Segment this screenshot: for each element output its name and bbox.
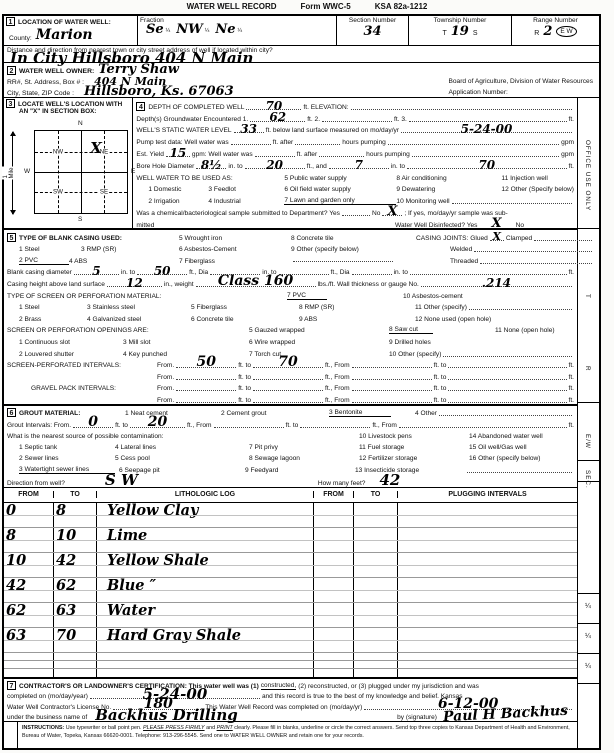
from-label: From.: [157, 374, 174, 381]
compass-n: N: [78, 120, 83, 127]
office-use-only-label: OFFICE USE ONLY: [584, 140, 591, 211]
township-label: Township Number: [411, 17, 509, 24]
contamination-option: 7 Pit privy: [249, 444, 359, 451]
water-well-record-document: WATER WELL RECORDForm WWC-5KSA 82a-1212 …: [0, 0, 614, 753]
opening-option: 9 Drilled holes: [389, 339, 431, 346]
hours-pumping-label: hours pumping: [342, 139, 386, 146]
form-number: Form WWC-5: [301, 2, 351, 11]
perf-to-value: 70: [278, 357, 297, 369]
section1-number: 1: [6, 17, 15, 26]
use-header-line: WELL WATER TO BE USED AS:5 Public water …: [133, 170, 577, 182]
contamination-row4: 3 Watertight sewer lines6 Seepage pit9 F…: [4, 462, 577, 473]
perf-intervals-line2: From.ft. toft., Fromft. toft.: [4, 369, 577, 381]
cell-plug: [398, 553, 577, 577]
cell-empty: [4, 669, 54, 677]
casing-row2: 1 Steel3 RMP (SR)6 Asbestos-Cement9 Othe…: [4, 242, 577, 254]
ft-unit: ft.: [569, 385, 575, 392]
contamination-option: 14 Abandoned water well: [469, 433, 543, 440]
cell-plug: [398, 628, 577, 652]
grout-option: 1 Neat cement: [125, 410, 221, 417]
cell-empty: [54, 661, 97, 668]
dotted-leader: [409, 119, 567, 122]
dotted-leader: [322, 119, 392, 122]
dotted-leader: [253, 400, 323, 403]
cert-line1-rest: (2) reconstructed, or (3) plugged under …: [298, 683, 479, 690]
to-value: 62: [56, 580, 76, 592]
use-row3: 2 Irrigation4 Industrial7 Lawn and garde…: [133, 193, 577, 205]
cell-empty: [354, 669, 398, 677]
cell-empty: [54, 653, 97, 660]
use-option: 8 Air conditioning: [396, 175, 501, 182]
col-plugging: PLUGGING INTERVALS: [398, 491, 577, 498]
section5-casing: 5TYPE OF BLANK CASING USED:5 Wrought iro…: [4, 228, 577, 404]
instructions-text: Use typewriter or ball point pen.: [66, 725, 142, 731]
section3-location-box: 3LOCATE WELL'S LOCATION WITH AN "X" IN S…: [4, 98, 133, 228]
section1-location-row: 1LOCATION OF WATER WELL: County:Marion F…: [4, 16, 599, 46]
cell-pfrom: [314, 603, 354, 627]
screen-option: 3 Stainless steel: [87, 304, 191, 311]
dotted-leader: [342, 213, 370, 216]
dotted-leader: [399, 425, 567, 428]
table-row: 6370Hard Gray Shale: [4, 628, 577, 653]
section7-number: 7: [7, 681, 16, 690]
ft-after-label: ft. after: [297, 151, 318, 158]
township-t: T: [442, 30, 446, 37]
ft-unit: ft.: [569, 163, 575, 170]
to-value: 63: [56, 605, 76, 617]
height-label: Casing height above land surface: [7, 281, 105, 288]
opening-option: 1 Continuous slot: [19, 339, 123, 346]
opening-option: 7 Torch cut: [249, 351, 389, 358]
section1-title: LOCATION OF WATER WELL:: [18, 19, 111, 26]
county-value: Marion: [36, 30, 93, 42]
use-option: 3 Feedlot: [208, 186, 284, 193]
section3-heading2: AN "X" IN SECTION BOX:: [19, 108, 96, 115]
ft-after-label: ft. after: [273, 139, 294, 146]
cell-empty: [398, 669, 577, 677]
grout-option: 4 Other: [415, 410, 437, 417]
to-value: 70: [56, 630, 76, 642]
county-line: County:Marion: [6, 26, 135, 42]
section2-number: 2: [7, 66, 16, 75]
screen-option: 6 Concrete tile: [191, 316, 299, 323]
openings-row2: 1 Continuous slot3 Mill slot6 Wire wrapp…: [4, 334, 577, 346]
use-option: 2 Irrigation: [148, 198, 208, 205]
contamination-option: 12 Fertilizer storage: [359, 455, 469, 462]
cell-empty: [398, 653, 577, 660]
contamination-option: 1 Septic tank: [19, 444, 115, 451]
disinfected-line: mittedWater Well Disinfected? YesXNo: [133, 217, 577, 229]
ft-unit: ft.: [569, 362, 575, 369]
table-row-empty: [4, 669, 577, 677]
joints-threaded-line: Threaded: [416, 258, 594, 265]
contamination-row3: 2 Sewer lines5 Cess pool8 Sewage lagoon1…: [4, 451, 577, 462]
dotted-leader: [176, 400, 236, 403]
contamination-option: 5 Cess pool: [115, 455, 249, 462]
cell-log: Yellow Shale: [97, 553, 314, 577]
casing-option: 3 RMP (SR): [81, 246, 179, 253]
press-firmly-emphasis: PLEASE PRESS FIRMLY: [143, 725, 205, 731]
grout-title: GROUT MATERIAL:: [19, 410, 80, 417]
table-row: 4262Blue ″: [4, 578, 577, 603]
screen-row2: 2 Brass4 Galvanized steel6 Concrete tile…: [4, 311, 577, 323]
from-value: 63: [6, 630, 26, 642]
dotted-leader: [255, 154, 295, 157]
cell-from: 10: [4, 553, 54, 577]
wall-label: lbs./ft. Wall thickness or gauge No.: [318, 281, 419, 288]
gpm-unit: gpm: [561, 139, 574, 146]
depth-blank: 70: [246, 107, 301, 110]
office-t-label: T: [584, 294, 591, 299]
office-strip-divider: [578, 653, 599, 654]
use-option: 10 Monitoring well: [396, 198, 449, 205]
grout-option-selected: 3 Bentonite: [329, 409, 391, 417]
cell-pto: [354, 578, 398, 602]
from-label: From.: [157, 362, 174, 369]
disinfected-x-mark: X: [491, 218, 501, 229]
cell-log: Blue ″: [97, 578, 314, 602]
section1-heading: 1LOCATION OF WATER WELL:: [6, 17, 135, 26]
dotted-leader: [448, 400, 566, 403]
cell-from: 0: [4, 503, 54, 527]
ft-from-label: ft., From: [372, 422, 397, 429]
perf-label: SCREEN-PERFORATED INTERVALS:: [7, 362, 157, 369]
ft-dia-label: ft., Dia: [331, 269, 350, 276]
contamination-option: 11 Fuel storage: [359, 444, 469, 451]
col-to: TO: [54, 491, 97, 498]
section6-number: 6: [7, 408, 16, 417]
cell-empty: [97, 661, 314, 668]
dotted-leader: [467, 470, 572, 473]
static-blank: 33: [234, 130, 264, 133]
joints-welded-line: Welded: [416, 246, 594, 253]
grout-from-value: 0: [88, 417, 98, 429]
cell-pfrom: [314, 553, 354, 577]
dotted-leader: [452, 201, 572, 204]
perf-from-blank: 50: [176, 365, 236, 368]
depth-label: DEPTH OF COMPLETED WELL: [148, 104, 244, 111]
col-lithologic-log: LITHOLOGIC LOG: [97, 491, 314, 498]
joints-glued-blank: X: [490, 238, 504, 241]
to-value: 10: [56, 530, 76, 542]
dotted-leader: [474, 249, 592, 252]
bore-d1-blank: 8½: [196, 166, 226, 169]
office-strip-divider: [578, 460, 599, 461]
use-option: 12 Other (Specify below): [501, 186, 574, 193]
section2-owner: 2WATER WELL OWNER:Terry Shaw RR#, St. Ad…: [4, 63, 599, 97]
ft-to-label: ft. to: [434, 374, 447, 381]
ft-to-label: ft. to: [115, 422, 128, 429]
grout-option: 2 Cement grout: [221, 410, 329, 417]
section3-number: 3: [6, 99, 15, 108]
to-value: 8: [56, 505, 66, 517]
use-option: 5 Public water supply: [284, 175, 396, 182]
contamination-option: 8 Sewage lagoon: [249, 455, 359, 462]
city-value: Hillsboro, Ks. 67063: [84, 86, 234, 97]
owner-label: WATER WELL OWNER:: [19, 68, 94, 75]
agency-block: Board of Agriculture, Division of Water …: [448, 76, 593, 98]
from-value: 8: [6, 530, 16, 542]
sections-3-4-row: 3LOCATE WELL'S LOCATION WITH AN "X" IN S…: [4, 98, 577, 228]
dotted-leader: [253, 388, 323, 391]
casing-option: 5 Wrought iron: [179, 235, 291, 242]
grout-to-blank: 20: [130, 425, 185, 428]
gravel-line2: From.ft. toft., Fromft. toft.: [4, 392, 577, 404]
dotted-leader: [300, 425, 370, 428]
weight-blank: Class 160: [196, 284, 316, 287]
grid-dashed-line: [58, 131, 59, 213]
section3-heading1: 3LOCATE WELL'S LOCATION WITH: [6, 99, 130, 108]
fraction-q2: NW: [176, 24, 202, 35]
diam-value: 5: [92, 266, 100, 276]
dotted-leader: [352, 400, 432, 403]
dotted-leader: [480, 261, 592, 264]
from-value: 0: [6, 505, 16, 517]
mitted-label: mitted: [136, 222, 154, 229]
screen-option-selected: 7 PVC: [287, 292, 327, 300]
cell-empty: [97, 653, 314, 660]
disinfected-label: Water Well Disinfected? Yes: [395, 222, 477, 229]
range-label: Range Number: [514, 17, 597, 24]
dotted-leader: [319, 154, 364, 157]
use-row2: 1 Domestic3 Feedlot6 Oil field water sup…: [133, 182, 577, 194]
cell-pto: [354, 553, 398, 577]
bore-label: Bore Hole Diameter: [136, 163, 194, 170]
in-to-label: in. to: [394, 269, 408, 276]
log-value: Water: [107, 605, 155, 617]
distance-row: Distance and direction from nearest town…: [4, 46, 599, 63]
fraction-value: Se¼ NW¼ Ne¼: [140, 24, 334, 35]
dotted-leader: [176, 388, 236, 391]
welded-label: Welded: [450, 246, 472, 253]
section-diagram: N S W E 1 Mile NW NE SW: [4, 118, 139, 226]
office-sec-label: SEC.: [584, 470, 591, 489]
owner-value: Terry Shaw: [98, 64, 179, 75]
from-label: From.: [157, 385, 174, 392]
office-strip-divider: [578, 481, 599, 482]
cell-log: Lime: [97, 528, 314, 552]
yield-blank: 15: [166, 154, 190, 157]
sample-question: Was a chemical/bacteriological sample su…: [136, 210, 340, 217]
cell-empty: [314, 669, 354, 677]
office-strip-divider: [578, 228, 599, 229]
quadrant-sw: SW: [52, 188, 64, 195]
screen-option: 1 Steel: [19, 304, 87, 311]
gw1-value: 62: [269, 112, 286, 122]
weight-value: Class 160: [218, 276, 293, 288]
depth-line: 4DEPTH OF COMPLETED WELL70ft. ELEVATION:: [133, 99, 577, 111]
grid-dashed-line: [35, 192, 127, 193]
township-value: 19: [451, 26, 469, 37]
section-number-cell: Section Number 34: [337, 16, 409, 45]
dotted-leader: [469, 307, 572, 310]
ft-unit: ft.: [569, 374, 575, 381]
cell-empty: [97, 669, 314, 677]
contamination-row2: 1 Septic tank4 Lateral lines7 Pit privy1…: [4, 440, 577, 451]
cell-empty: [54, 669, 97, 677]
diameter-label: Blank casing diameter: [7, 269, 72, 276]
cell-plug: [398, 528, 577, 552]
use-option: 1 Domestic: [148, 186, 208, 193]
section-number-value: 34: [363, 26, 381, 37]
cell-plug: [398, 578, 577, 602]
bore-ft2-value: 70: [478, 160, 495, 170]
casing-option: 1 Steel: [19, 246, 81, 253]
wall-blank: .214: [421, 284, 572, 287]
gravel-line1: GRAVEL PACK INTERVALS:From.ft. toft., Fr…: [4, 381, 577, 393]
static-mid-label: ft. below land surface measured on mo/da…: [266, 127, 399, 134]
ft2-label: ft. 2.: [307, 116, 320, 123]
dotted-leader: [439, 413, 572, 416]
township-s: S: [473, 30, 478, 37]
quadrant-nw: NW: [52, 149, 64, 156]
screen-material-header: TYPE OF SCREEN OR PERFORATION MATERIAL:7…: [4, 288, 577, 300]
depth-value: 70: [266, 101, 283, 111]
grid-dashed-line: [35, 152, 127, 153]
static-label: WELL'S STATIC WATER LEVEL: [136, 127, 231, 134]
ft-to-label: ft. to: [286, 422, 299, 429]
dotted-leader: [388, 142, 559, 145]
table-row-empty: [4, 653, 577, 661]
static-value: 33: [240, 124, 257, 134]
bore-ft2-blank: 70: [407, 166, 566, 169]
cell-from: 63: [4, 628, 54, 652]
screen-option: 5 Fiberglass: [191, 304, 299, 311]
quarter-glyph: ¼: [205, 28, 210, 34]
log-value: Hard Gray Shale: [107, 630, 241, 642]
range-value: 2: [543, 26, 552, 37]
section7-certification: 7CONTRACTOR'S OR LANDOWNER'S CERTIFICATI…: [4, 677, 577, 722]
completed-date-blank: 5-24-00: [90, 696, 260, 699]
business-name-label: under the business name of: [7, 714, 87, 721]
from-value: 10: [6, 555, 26, 567]
cell-from: 42: [4, 578, 54, 602]
cell-to: 62: [54, 578, 97, 602]
cert-line2-rest: and this record is true to the best of m…: [262, 693, 463, 700]
casing-title: TYPE OF BLANK CASING USED:: [19, 235, 122, 242]
screen-option: 9 ABS: [299, 316, 415, 323]
form-body: 1LOCATION OF WATER WELL: County:Marion F…: [2, 14, 601, 750]
cell-empty: [314, 653, 354, 660]
other-blank: [291, 258, 416, 265]
ft-from-label: ft., From: [325, 362, 350, 369]
city-label: City, State, ZIP Code :: [7, 90, 74, 97]
section4-well-data: 4DEPTH OF COMPLETED WELL70ft. ELEVATION:…: [133, 98, 577, 228]
signature-label: by (signature): [397, 714, 437, 721]
diam-blank: 5: [74, 272, 119, 275]
log-value: Lime: [107, 530, 147, 542]
log-value: Yellow Shale: [107, 555, 209, 567]
from-label: From.: [157, 397, 174, 404]
col-from2: FROM: [314, 491, 354, 498]
contamination-option: 13 Insecticide storage: [355, 467, 465, 474]
height-value: 12: [126, 278, 143, 288]
office-quarter-label: ¼: [585, 603, 591, 610]
diam-ft-value: 50: [154, 266, 171, 276]
gpm-unit: gpm: [561, 151, 574, 158]
cell-log: Yellow Clay: [97, 503, 314, 527]
groundwater-line: Depth(s) Groundwater Encountered 1.62ft.…: [133, 111, 577, 123]
section-square: NW NE SW SE X: [34, 130, 128, 214]
ft-from-label: ft., From: [325, 385, 350, 392]
cell-empty: [314, 661, 354, 668]
hours-pumping-label: hours pumping: [366, 151, 410, 158]
feet-label: How many feet?: [318, 480, 366, 487]
ft-to-label: ft. to: [434, 385, 447, 392]
sample-line: Was a chemical/bacteriological sample su…: [133, 205, 577, 217]
contamination-option: 9 Feedyard: [245, 467, 355, 474]
ft-from-label: ft., From: [187, 422, 212, 429]
range-cell: Range Number R2E W: [512, 16, 599, 45]
elevation-label: ft. ELEVATION:: [303, 104, 348, 111]
range-r: R: [534, 30, 539, 37]
cell-empty: [4, 653, 54, 660]
fraction-q1: Se: [146, 24, 164, 35]
contamination-option: 16 Other (specify below): [469, 455, 540, 462]
contamination-option: 15 Oil well/Gas well: [469, 444, 527, 451]
gw1-blank: 62: [250, 119, 305, 122]
to-value: 42: [56, 555, 76, 567]
dotted-leader: [412, 154, 559, 157]
grout-intervals-line: Grout Intervals: From.0ft. to20ft., From…: [4, 417, 577, 428]
ft-unit: ft.: [569, 422, 575, 429]
dotted-leader: [352, 365, 432, 368]
casing-option: 6 Asbestos-Cement: [179, 246, 291, 253]
quarter-glyph: ¼: [238, 28, 243, 34]
feet-value: 42: [379, 474, 400, 487]
ksa-number: KSA 82a-1212: [375, 2, 428, 11]
use-label: WELL WATER TO BE USED AS:: [136, 175, 284, 182]
joints-line: CASING JOINTS: GluedXClamped: [416, 235, 594, 242]
form-left-column: 3LOCATE WELL'S LOCATION WITH AN "X" IN S…: [4, 98, 578, 748]
static-level-line: WELL'S STATIC WATER LEVEL33ft. below lan…: [133, 123, 577, 135]
quadrant-se: SE: [99, 188, 109, 195]
opening-option: 2 Louvered shutter: [19, 351, 123, 358]
use-option: 9 Dewatering: [396, 186, 501, 193]
county-label: County:: [9, 35, 32, 42]
table-row-empty: [4, 661, 577, 669]
ft-from-label: ft., From: [325, 374, 350, 381]
instructions-label: INSTRUCTIONS:: [22, 725, 64, 731]
township-cell: Township Number T19S: [409, 16, 512, 45]
well-location-x-mark: X: [90, 142, 102, 155]
table-row: 1042Yellow Shale: [4, 553, 577, 578]
cell-to: 63: [54, 603, 97, 627]
county-cell: 1LOCATION OF WATER WELL: County:Marion: [4, 16, 138, 45]
compass-s: S: [78, 216, 82, 223]
contamination-option: 2 Sewer lines: [19, 455, 115, 462]
direction-label: Direction from well?: [7, 480, 65, 487]
dotted-leader: [295, 142, 340, 145]
owner-line: 2WATER WELL OWNER:Terry Shaw: [7, 64, 596, 75]
casing-option: 7 Fiberglass: [179, 258, 291, 265]
office-strip-divider: [578, 623, 599, 624]
perf-intervals-line1: SCREEN-PERFORATED INTERVALS:From.50ft. t…: [4, 358, 577, 370]
bore-d1-value: 8½: [201, 160, 222, 170]
doc-title: WATER WELL RECORD: [187, 2, 277, 11]
address-label: RR#, St. Address, Box # :: [7, 79, 84, 86]
cell-pto: [354, 503, 398, 527]
instructions-left-rule: [17, 722, 18, 748]
height-blank: 12: [107, 284, 162, 287]
dotted-leader: [448, 388, 566, 391]
ft-to-label: ft. to: [434, 397, 447, 404]
ft-to-label: ft. to: [238, 362, 251, 369]
openings-heading: SCREEN OR PERFORATION OPENINGS ARE:: [7, 327, 249, 334]
cell-to: 10: [54, 528, 97, 552]
board-label: Board of Agriculture, Division of Water …: [448, 76, 593, 87]
section5-number: 5: [7, 233, 16, 242]
